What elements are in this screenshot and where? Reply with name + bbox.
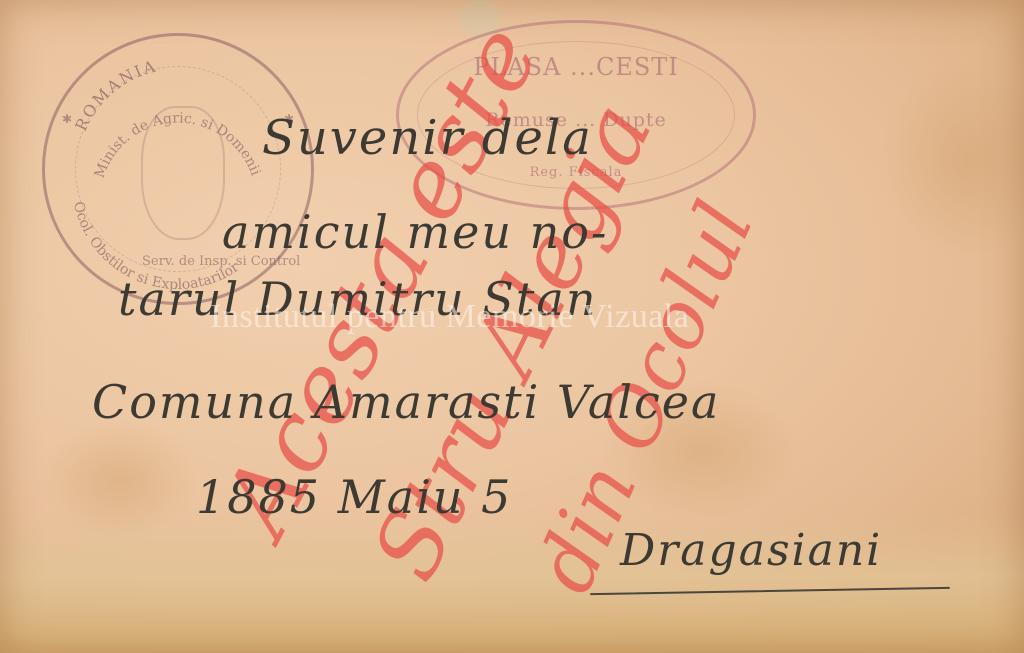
coat-of-arms-icon xyxy=(141,106,225,240)
paper-stain xyxy=(880,60,1024,260)
handwriting-line2: amicul meu no- xyxy=(222,205,608,259)
watermark: Institutul pentru Memorie Vizuala xyxy=(210,298,689,336)
handwriting-line1: Suvenir dela xyxy=(262,110,593,166)
svg-text:ROMANIA: ROMANIA xyxy=(71,56,159,134)
round-stamp: ROMANIA Minist. de Agric. si Domenii Oco… xyxy=(42,33,314,305)
handwriting-signature: Dragasiani xyxy=(620,525,882,576)
handwriting-date: 1885 Maiu 5 xyxy=(196,470,512,524)
round-stamp-text-ring: ROMANIA Minist. de Agric. si Domenii Oco… xyxy=(42,33,314,305)
postcard: ROMANIA Minist. de Agric. si Domenii Oco… xyxy=(0,0,1024,653)
svg-text:✱: ✱ xyxy=(62,112,72,126)
svg-text:Minist. de Agric. si Domenii: Minist. de Agric. si Domenii xyxy=(92,110,264,180)
handwriting-line4: Comuna Amarasti Valcea xyxy=(92,375,720,429)
